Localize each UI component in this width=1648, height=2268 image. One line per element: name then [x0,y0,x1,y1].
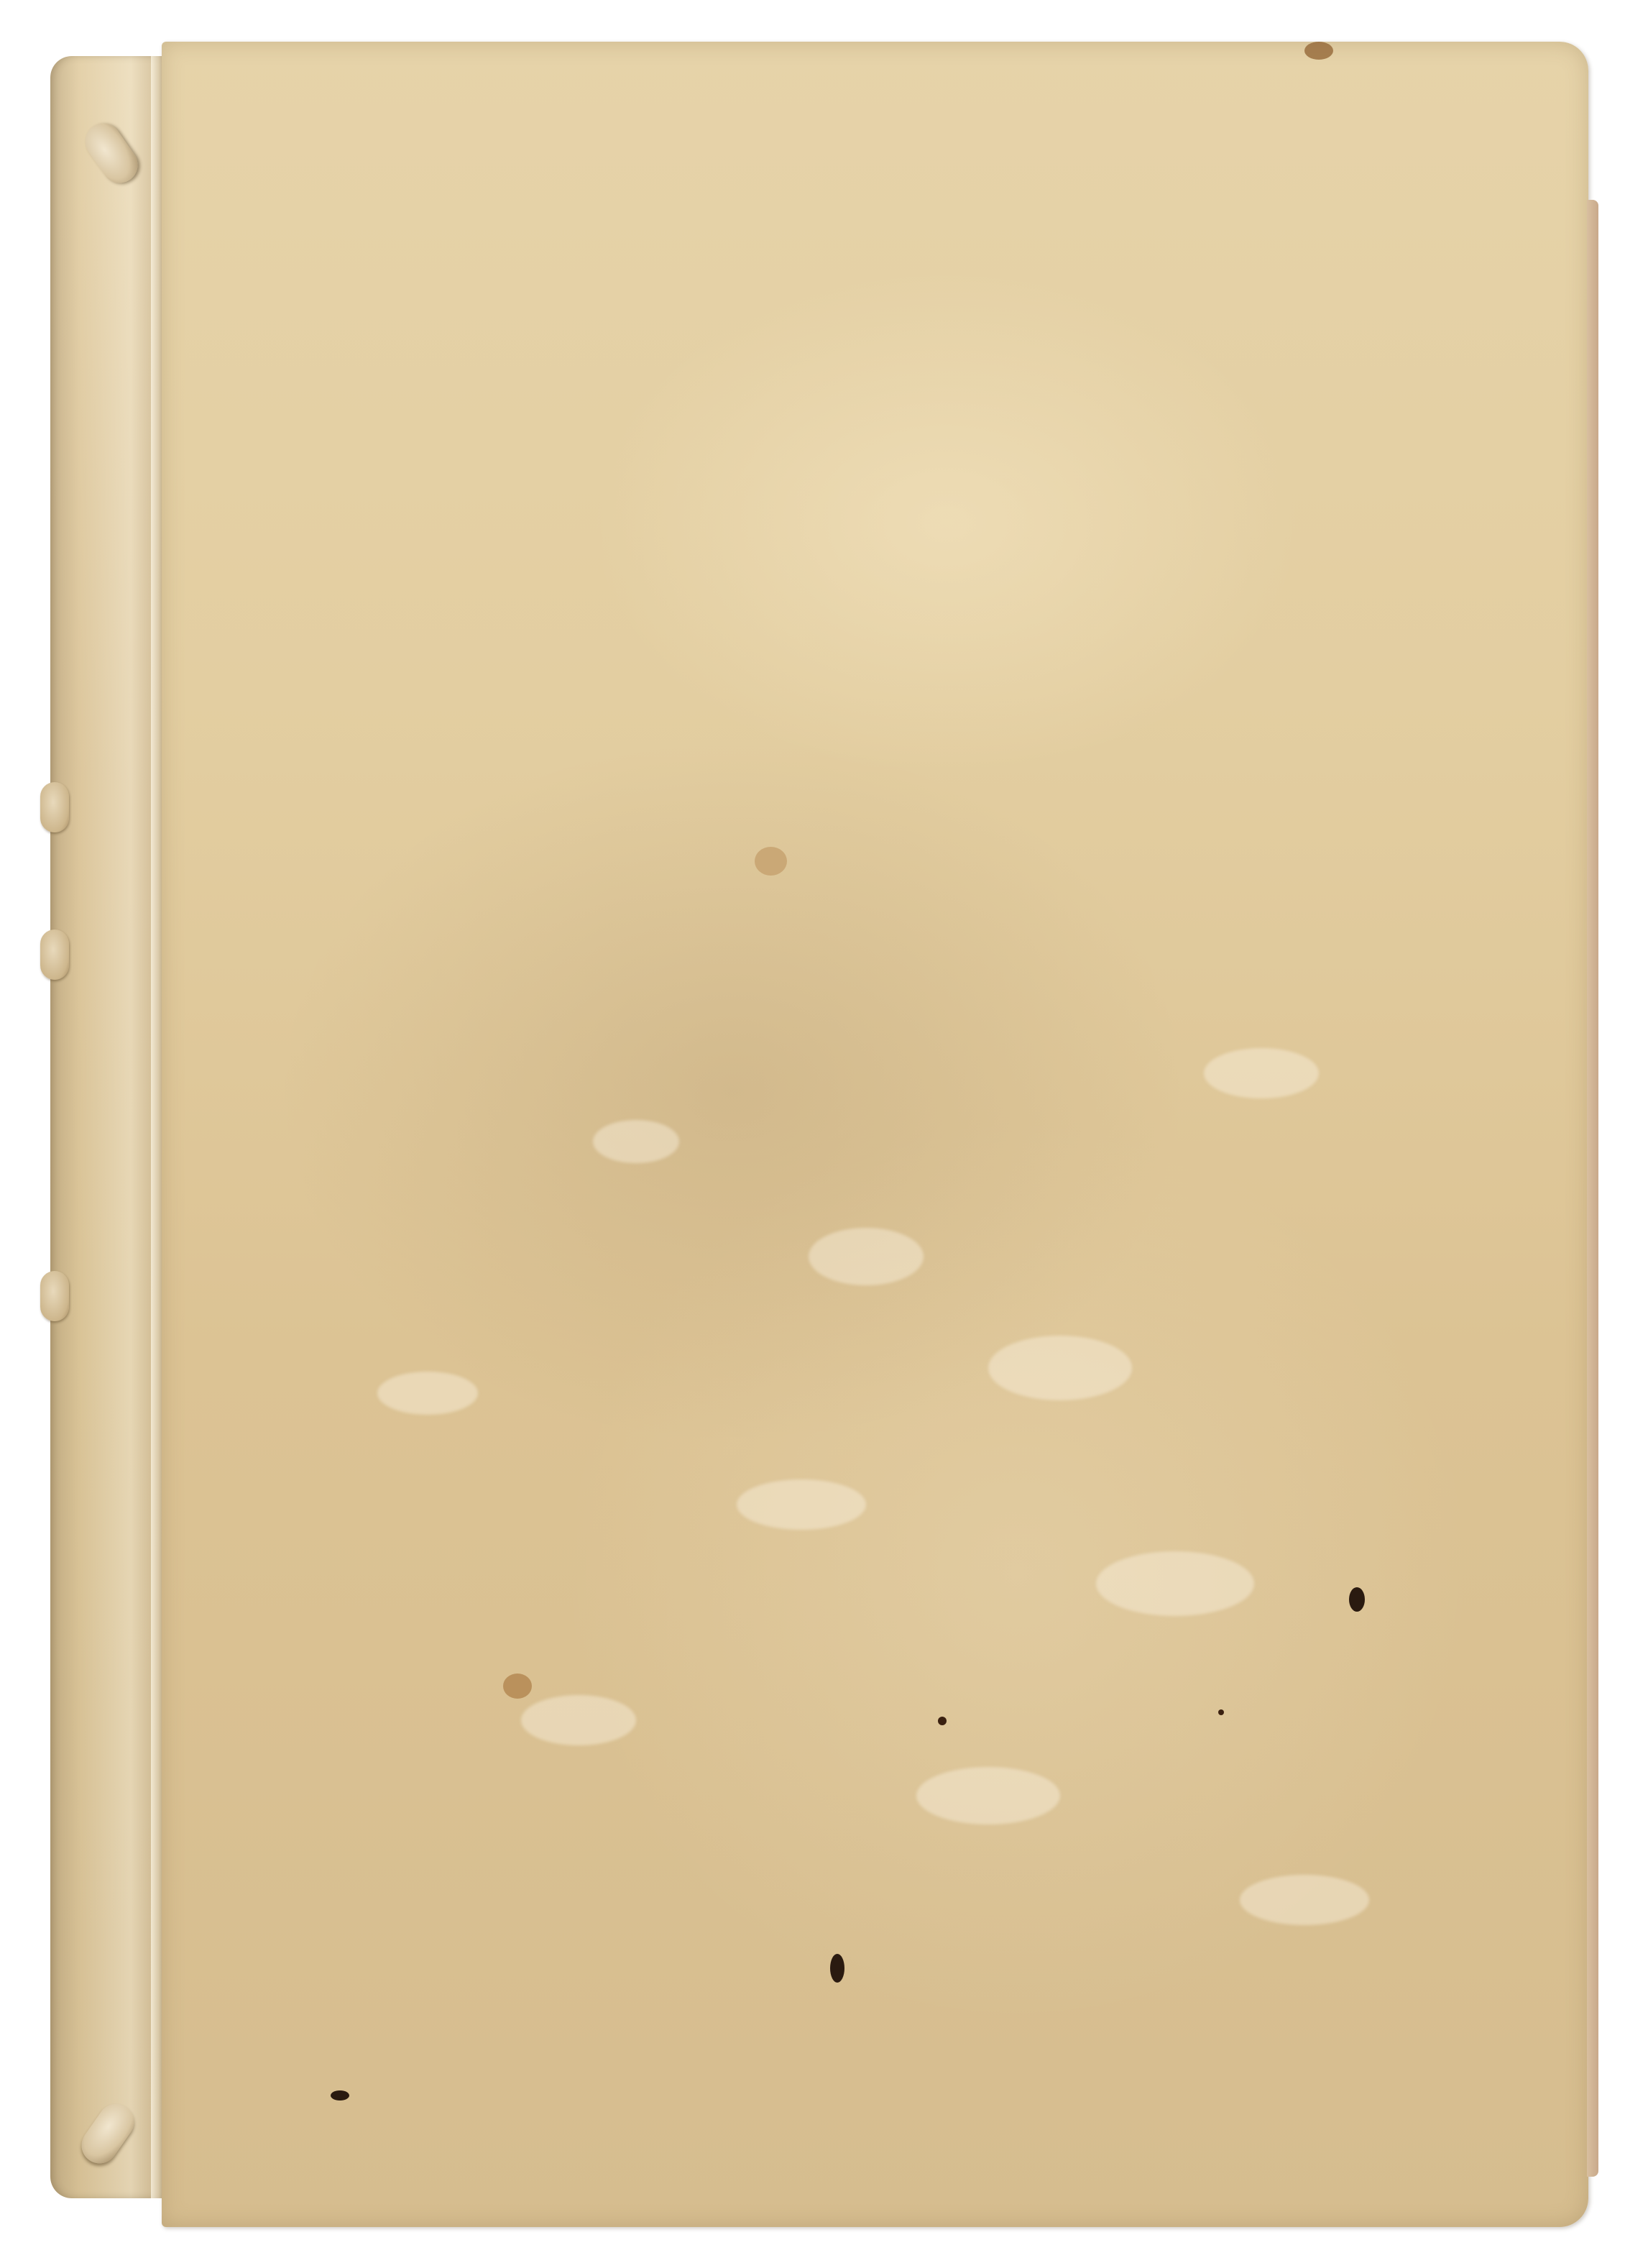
vellum-mottle [1204,1048,1319,1098]
page-block-edge [1587,200,1598,2177]
vellum-mottle [988,1336,1132,1400]
book-spine [50,56,165,2198]
ink-spot [1218,1709,1224,1715]
vellum-mottle [737,1479,866,1530]
ink-spot [331,2090,349,2101]
vellum-mottle [593,1120,679,1163]
vellum-mottle [809,1228,924,1285]
stain-spot [503,1674,532,1699]
raised-band [40,1271,69,1321]
front-cover [162,42,1588,2227]
ink-spot [938,1717,947,1725]
stain-spot [755,847,787,876]
ink-spot [830,1954,844,1983]
vellum-mottle [377,1372,478,1415]
vellum-mottle [1240,1875,1369,1925]
bottom-tie-tab [75,2097,142,2170]
ink-spot [1349,1587,1365,1612]
top-tie-tab [78,116,145,190]
vellum-mottle [521,1695,636,1745]
vellum-mottle [916,1767,1060,1824]
raised-band [40,929,69,980]
vellum-mottle [1096,1551,1254,1616]
vellum-book [36,42,1588,2227]
stain-spot [1304,42,1333,60]
raised-band [40,782,69,832]
